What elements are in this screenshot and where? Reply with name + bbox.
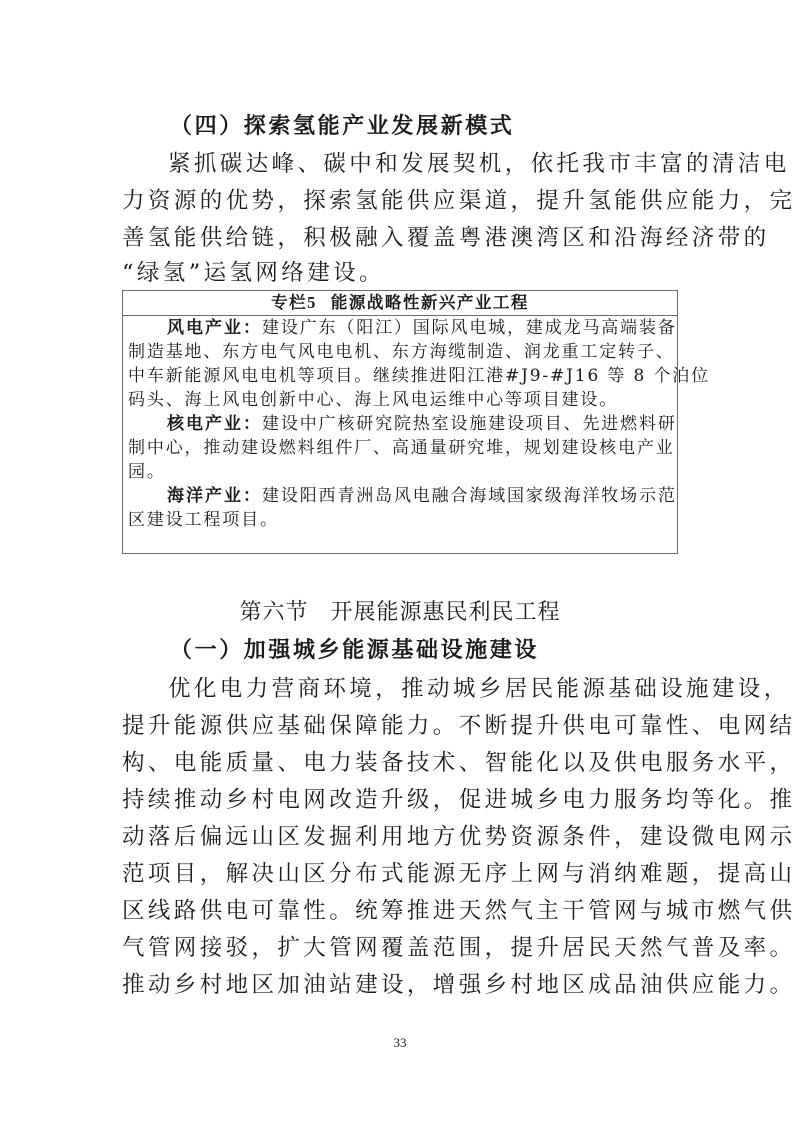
box-line: 码头、海上风电创新中心、海上风电运维中心等项目建设。 (128, 389, 676, 411)
feature-box-energy-strategic-industries: 专栏5能源战略性新兴产业工程 风电产业：建设广东（阳江）国际风电城，建成龙马高端… (122, 290, 678, 554)
paragraph-line: 提升能源供应基础保障能力。不断提升供电可靠性、电网结 (122, 711, 682, 741)
subsection-heading-hydrogen: （四）探索氢能产业发展新模式 (170, 112, 514, 142)
box-item-lead: 核电产业： (167, 414, 262, 434)
paragraph-line: 紧抓碳达峰、碳中和发展契机，依托我市丰富的清洁电 (168, 149, 682, 179)
feature-box-title: 专栏5能源战略性新兴产业工程 (123, 291, 677, 316)
subsection-heading-infrastructure: （一）加强城乡能源基础设施建设 (170, 636, 539, 666)
paragraph-line: 气管网接驳，扩大管网覆盖范围，提升居民天然气普及率。 (122, 933, 682, 963)
section-title: 开展能源惠民利民工程 (331, 600, 561, 625)
box-line: 制造基地、东方电气风电电机、东方海缆制造、润龙重工定转子、 (128, 341, 676, 363)
paragraph-line: 力资源的优势，探索氢能供应渠道，提升氢能供应能力，完 (122, 186, 682, 216)
paragraph-line: 动落后偏远山区发掘利用地方优势资源条件，建设微电网示 (122, 822, 682, 852)
box-item-text: 建设阳西青洲岛风电融合海域国家级海洋牧场示范 (262, 486, 677, 506)
box-line: 园。 (128, 461, 676, 483)
paragraph-line: 范项目，解决山区分布式能源无序上网与消纳难题，提高山 (122, 859, 682, 889)
feature-box-title-number: 5 (307, 293, 317, 312)
box-item-marine-industry: 海洋产业：建设阳西青洲岛风电融合海域国家级海洋牧场示范 (167, 485, 675, 507)
box-item-text: 建设广东（阳江）国际风电城，建成龙马高端装备 (262, 318, 677, 338)
page-number: 33 (0, 1035, 800, 1051)
box-item-nuclear-power: 核电产业：建设中广核研究院热室设施建设项目、先进燃料研 (167, 413, 675, 435)
paragraph-line: 优化电力营商环境，推动城乡居民能源基础设施建设， (168, 674, 682, 704)
feature-box-title-prefix: 专栏 (271, 293, 307, 312)
section-number: 第六节 (239, 600, 308, 625)
paragraph-line: “绿氢”运氢网络建设。 (122, 258, 682, 288)
paragraph-line: 构、电能质量、电力装备技术、智能化以及供电服务水平， (122, 748, 682, 778)
box-item-lead: 海洋产业： (167, 486, 262, 506)
paragraph-line: 推动乡村地区加油站建设，增强乡村地区成品油供应能力。 (122, 970, 682, 1000)
section-heading: 第六节开展能源惠民利民工程 (0, 598, 800, 628)
box-item-wind-power: 风电产业：建设广东（阳江）国际风电城，建成龙马高端装备 (167, 317, 675, 339)
box-line: 制中心，推动建设燃料组件厂、高通量研究堆，规划建设核电产业 (128, 437, 676, 459)
feature-box-title-text: 能源战略性新兴产业工程 (331, 293, 529, 312)
box-line: 中车新能源风电电机等项目。继续推进阳江港#J9-#J16 等 8 个泊位 (128, 365, 676, 387)
paragraph-line: 区线路供电可靠性。统筹推进天然气主干管网与城市燃气供 (122, 896, 682, 926)
document-page: （四）探索氢能产业发展新模式 紧抓碳达峰、碳中和发展契机，依托我市丰富的清洁电 … (0, 0, 800, 1131)
box-item-text: 建设中广核研究院热室设施建设项目、先进燃料研 (262, 414, 677, 434)
box-line: 区建设工程项目。 (128, 509, 676, 531)
paragraph-line: 持续推动乡村电网改造升级，促进城乡电力服务均等化。推 (122, 785, 682, 815)
box-item-lead: 风电产业： (167, 318, 262, 338)
paragraph-line: 善氢能供给链，积极融入覆盖粤港澳湾区和沿海经济带的 (122, 223, 682, 253)
